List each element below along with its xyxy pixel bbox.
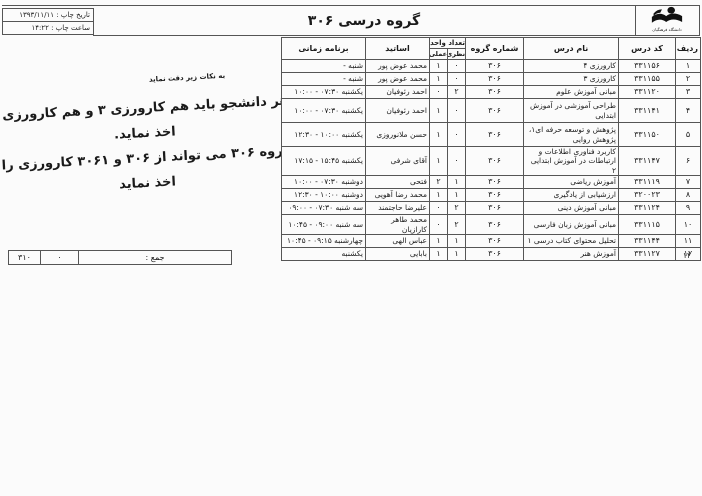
row-no: ۵ — [676, 123, 701, 147]
group-no: ۳۰۶ — [466, 189, 524, 202]
units-practical: ۲ — [430, 176, 448, 189]
logo-box: دانشگاه فرهنگیان — [636, 6, 698, 35]
course-code: ۳۳۱۱۱۵ — [619, 215, 676, 235]
course-code: ۳۳۱۱۵۵ — [619, 73, 676, 86]
units-practical: ۱ — [430, 189, 448, 202]
schedule: شنبه - — [282, 60, 366, 73]
instructor: محمد عوض پور — [366, 60, 430, 73]
units-practical: ۱ — [430, 123, 448, 147]
group-no: ۳۰۶ — [466, 60, 524, 73]
schedule: یکشنبه ۰۷:۳۰ - ۱۰:۰۰ — [282, 86, 366, 99]
instructor: احمد رئوفیان — [366, 86, 430, 99]
group-no: ۳۰۶ — [466, 215, 524, 235]
course-name: ارزشیابی از یادگیری — [524, 189, 619, 202]
header-instructors: اساتید — [366, 38, 430, 60]
schedule: یکشنبه ۱۰:۰۰ - ۱۲:۳۰ — [282, 123, 366, 147]
course-code: ۳۲۰۰۲۳ — [619, 189, 676, 202]
schedule: سه شنبه ۰۷:۳۰ - ۰۹:۰۰ — [282, 202, 366, 215]
units-practical: ۱ — [430, 60, 448, 73]
header-course-code: کد درس — [619, 38, 676, 60]
course-name: مبانی آموزش علوم — [524, 86, 619, 99]
course-name: تحلیل محتوای کتاب درسی ۱ — [524, 234, 619, 247]
course-code: ۳۳۱۱۲۴ — [619, 202, 676, 215]
header-divider — [93, 35, 700, 36]
units-theory: ۲ — [448, 202, 466, 215]
course-code: ۳۳۱۱۴۱ — [619, 99, 676, 123]
units-practical: ۰ — [430, 86, 448, 99]
table-row: ۸ ۳۲۰۰۲۳ ارزشیابی از یادگیری ۳۰۶ ۱ ۱ محم… — [282, 189, 701, 202]
sum-value-box-1: ۰ — [40, 250, 79, 265]
units-theory: ۰ — [448, 99, 466, 123]
units-theory: ۰ — [448, 73, 466, 86]
table-row: ۴ ۳۳۱۱۴۱ طراحی آموزشی در آموزش ابتدایی ۳… — [282, 99, 701, 123]
table-row: ۱ ۳۳۱۱۵۶ کارورزی ۴ ۳۰۶ ۰ ۱ محمد عوض پور … — [282, 60, 701, 73]
units-practical: ۱ — [430, 147, 448, 176]
schedule: یکشنبه ۰۷:۳۰ - ۱۰:۰۰ — [282, 99, 366, 123]
course-name: آموزش ریاضی — [524, 176, 619, 189]
row-no: ۶ — [676, 147, 701, 176]
course-code: ۳۳۱۱۲۰ — [619, 86, 676, 99]
header-group-no: شماره گروه — [466, 38, 524, 60]
units-theory: ۲ — [448, 215, 466, 235]
group-no: ۳۰۶ — [466, 234, 524, 247]
row-no: ۱ — [676, 60, 701, 73]
course-code: ۳۳۱۱۴۷ — [619, 147, 676, 176]
table-row: ۶ ۳۳۱۱۴۷ کاربرد فناوری اطلاعات و ارتباطا… — [282, 147, 701, 176]
sum-value-box-2: ۳۱۰ — [8, 250, 41, 265]
units-theory: ۰ — [448, 60, 466, 73]
table-row: ۳ ۳۳۱۱۲۰ مبانی آموزش علوم ۳۰۶ ۲ ۰ احمد ر… — [282, 86, 701, 99]
logo-caption: دانشگاه فرهنگیان — [636, 28, 698, 32]
course-code: ۳۳۱۱۲۷ — [619, 247, 676, 260]
group-no: ۳۰۶ — [466, 86, 524, 99]
course-code: ۳۳۱۱۵۶ — [619, 60, 676, 73]
table-row: ۱۲ ۳۳۱۱۲۷ آموزش هنر ۳۰۶ ۱ ۱ بابایی یکشنب… — [282, 247, 701, 260]
table-row: ۹ ۳۳۱۱۲۴ مبانی آموزش دینی ۳۰۶ ۲ ۰ علیرضا… — [282, 202, 701, 215]
units-practical: ۱ — [430, 73, 448, 86]
row-no: ۲ — [676, 73, 701, 86]
units-practical: ۱ — [430, 234, 448, 247]
course-name: طراحی آموزشی در آموزش ابتدایی — [524, 99, 619, 123]
print-time: ساعت چاپ : ۱۴:۲۲ — [3, 22, 93, 34]
table-row: ۲ ۳۳۱۱۵۵ کارورزی ۳ ۳۰۶ ۰ ۱ محمد عوض پور … — [282, 73, 701, 86]
instructor: احمد رئوفیان — [366, 99, 430, 123]
instructor: علیرضا حاجتمند — [366, 202, 430, 215]
schedule: شنبه - — [282, 73, 366, 86]
group-no: ۳۰۶ — [466, 176, 524, 189]
instructor: محمد عوض پور — [366, 73, 430, 86]
row-no: ۱۱ — [676, 234, 701, 247]
sum-label-box: جمع : — [78, 250, 232, 265]
page-title: گروه درسی ۳۰۶ — [93, 8, 635, 34]
group-no: ۳۰۶ — [466, 202, 524, 215]
instructor: عباس الهی — [366, 234, 430, 247]
course-code: ۳۳۱۱۴۴ — [619, 234, 676, 247]
group-no: ۳۰۶ — [466, 247, 524, 260]
note-block: به نکات زیر دقت نماید هر دانشجو باید هم … — [0, 66, 293, 203]
print-info-box: تاریخ چاپ : ۱۳۹۳/۱۱/۱۱ ساعت چاپ : ۱۴:۲۲ — [2, 8, 94, 35]
units-theory: ۱ — [448, 176, 466, 189]
units-theory: ۱ — [448, 234, 466, 247]
report-page: تاریخ چاپ : ۱۳۹۳/۱۱/۱۱ ساعت چاپ : ۱۴:۲۲ … — [0, 0, 702, 496]
schedule: یکشنبه — [282, 247, 366, 260]
table-row: ۷ ۳۳۱۱۱۹ آموزش ریاضی ۳۰۶ ۱ ۲ فتحی دوشنبه… — [282, 176, 701, 189]
course-name: آموزش هنر — [524, 247, 619, 260]
university-logo-icon — [650, 6, 684, 27]
units-theory: ۰ — [448, 123, 466, 147]
units-practical: ۱ — [430, 247, 448, 260]
table-header-row: ردیف کد درس نام درس شماره گروه تعداد واح… — [282, 38, 701, 49]
course-name: پژوهش و توسعه حرفه ای۱، پژوهش روایی — [524, 123, 619, 147]
row-no: ۴ — [676, 99, 701, 123]
header-units-practical: عملی — [430, 49, 448, 60]
schedule: چهارشنبه ۰۹:۱۵ - ۱۰:۴۵ — [282, 234, 366, 247]
schedule: سه شنبه ۰۹:۰۰ - ۱۰:۴۵ — [282, 215, 366, 235]
instructor: بابایی — [366, 247, 430, 260]
row-no: ۹ — [676, 202, 701, 215]
schedule: یکشنبه ۱۵:۴۵ - ۱۷:۱۵ — [282, 147, 366, 176]
group-no: ۳۰۶ — [466, 147, 524, 176]
course-table: ردیف کد درس نام درس شماره گروه تعداد واح… — [281, 37, 701, 261]
group-no: ۳۰۶ — [466, 73, 524, 86]
header-schedule: برنامه زمانی — [282, 38, 366, 60]
page-top-border — [2, 5, 699, 6]
schedule: دوشنبه ۱۰:۰۰ - ۱۲:۳۰ — [282, 189, 366, 202]
instructor: حسن ملانوروزی — [366, 123, 430, 147]
course-name: کارورزی ۴ — [524, 60, 619, 73]
table-row: ۱۰ ۳۳۱۱۱۵ مبانی آموزش زبان فارسی ۳۰۶ ۲ ۰… — [282, 215, 701, 235]
units-theory: ۲ — [448, 86, 466, 99]
instructor: فتحی — [366, 176, 430, 189]
units-practical: ۰ — [430, 215, 448, 235]
header-units-theory: نظری — [448, 49, 466, 60]
units-theory: ۱ — [448, 247, 466, 260]
total-row-count: ۱۲ — [675, 251, 699, 260]
header-course-name: نام درس — [524, 38, 619, 60]
course-code: ۳۳۱۱۵۰ — [619, 123, 676, 147]
table-row: ۱۱ ۳۳۱۱۴۴ تحلیل محتوای کتاب درسی ۱ ۳۰۶ ۱… — [282, 234, 701, 247]
page-right-border — [699, 5, 700, 36]
course-name: کارورزی ۳ — [524, 73, 619, 86]
units-theory: ۰ — [448, 147, 466, 176]
group-no: ۳۰۶ — [466, 99, 524, 123]
row-no: ۸ — [676, 189, 701, 202]
course-name: مبانی آموزش دینی — [524, 202, 619, 215]
header-units: تعداد واحد — [430, 38, 466, 49]
course-code: ۳۳۱۱۱۹ — [619, 176, 676, 189]
instructor: آقای شرفی — [366, 147, 430, 176]
instructor: محمد طاهر کارازیان — [366, 215, 430, 235]
schedule: دوشنبه ۰۷:۳۰ - ۱۰:۰۰ — [282, 176, 366, 189]
instructor: محمد رضا آهویی — [366, 189, 430, 202]
units-practical: ۰ — [430, 202, 448, 215]
print-date: تاریخ چاپ : ۱۳۹۳/۱۱/۱۱ — [3, 9, 93, 22]
row-no: ۷ — [676, 176, 701, 189]
header-row-no: ردیف — [676, 38, 701, 60]
units-theory: ۱ — [448, 189, 466, 202]
units-practical: ۱ — [430, 99, 448, 123]
table-row: ۵ ۳۳۱۱۵۰ پژوهش و توسعه حرفه ای۱، پژوهش ر… — [282, 123, 701, 147]
row-no: ۳ — [676, 86, 701, 99]
course-name: کاربرد فناوری اطلاعات و ارتباطات در آموز… — [524, 147, 619, 176]
group-no: ۳۰۶ — [466, 123, 524, 147]
row-no: ۱۰ — [676, 215, 701, 235]
course-name: مبانی آموزش زبان فارسی — [524, 215, 619, 235]
